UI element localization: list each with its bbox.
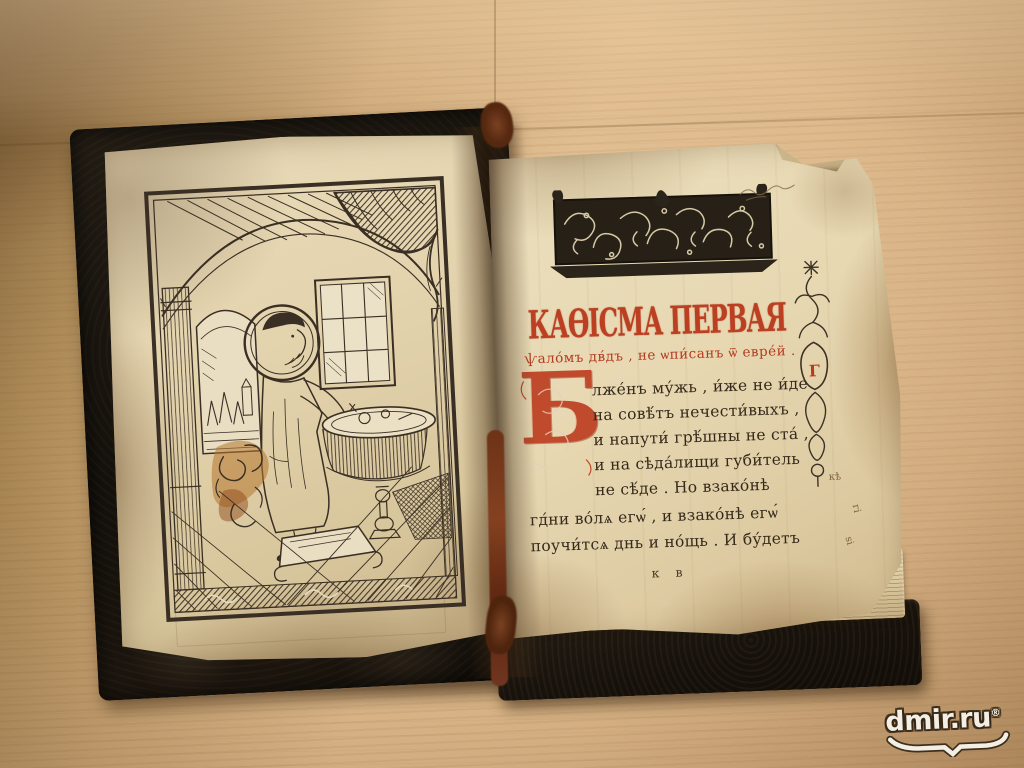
window-panes — [315, 277, 395, 389]
psalm-text-line: лже́нъ му́жь , и́же не и́де — [592, 374, 822, 399]
photo-old-slavonic-book: { "watermark": { "text": "dmir.ru", "reg… — [0, 0, 1024, 768]
margin-column-ornament: Г — [788, 258, 841, 491]
table-seam-vertical — [494, 0, 496, 112]
registered-mark: ® — [990, 708, 1000, 719]
woodcut-psalmist-illustration — [143, 174, 467, 623]
marginalia-note: ѕі — [842, 535, 855, 546]
window-landscape-view — [196, 309, 262, 454]
quire-signature: к в — [651, 564, 688, 580]
ink-scribble — [735, 177, 806, 205]
round-table — [322, 399, 439, 483]
psalmist-head — [262, 312, 306, 369]
psalm-text-line: гд́ни во́лѧ егѡ́ , и взако́нѣ егѡ́ — [530, 502, 830, 530]
footstool — [272, 525, 383, 581]
marginalia-note: гі — [850, 503, 862, 514]
ornate-chair — [210, 439, 272, 528]
psalm-text-line: и на сѣда́лищи губи́тель — [594, 449, 824, 474]
psalm-text-line: и напути́ грѣ́шны не ста́ , — [593, 424, 823, 449]
watermark-text: dmir.ru® — [885, 701, 1018, 738]
psalm-text-line: на совѣ́тъ нечести́выхъ , — [592, 399, 822, 424]
psalm-text-line: не сѣ́де . Но взако́нѣ — [595, 474, 825, 499]
right-page: КАѲІСМА ПЕРВАЯ ѱало́мъ дв́дъ , не ѡпи́са… — [488, 140, 907, 644]
margin-red-letter: Г — [809, 361, 821, 380]
star-finial — [804, 261, 818, 274]
table-leg-baluster — [367, 478, 400, 539]
psalm-text-line: поучи́тсѧ днь и но́щь . И бу́детъ — [530, 528, 830, 556]
watermark-dmir: dmir.ru® — [885, 701, 1019, 767]
folded-page-corner — [775, 141, 858, 174]
